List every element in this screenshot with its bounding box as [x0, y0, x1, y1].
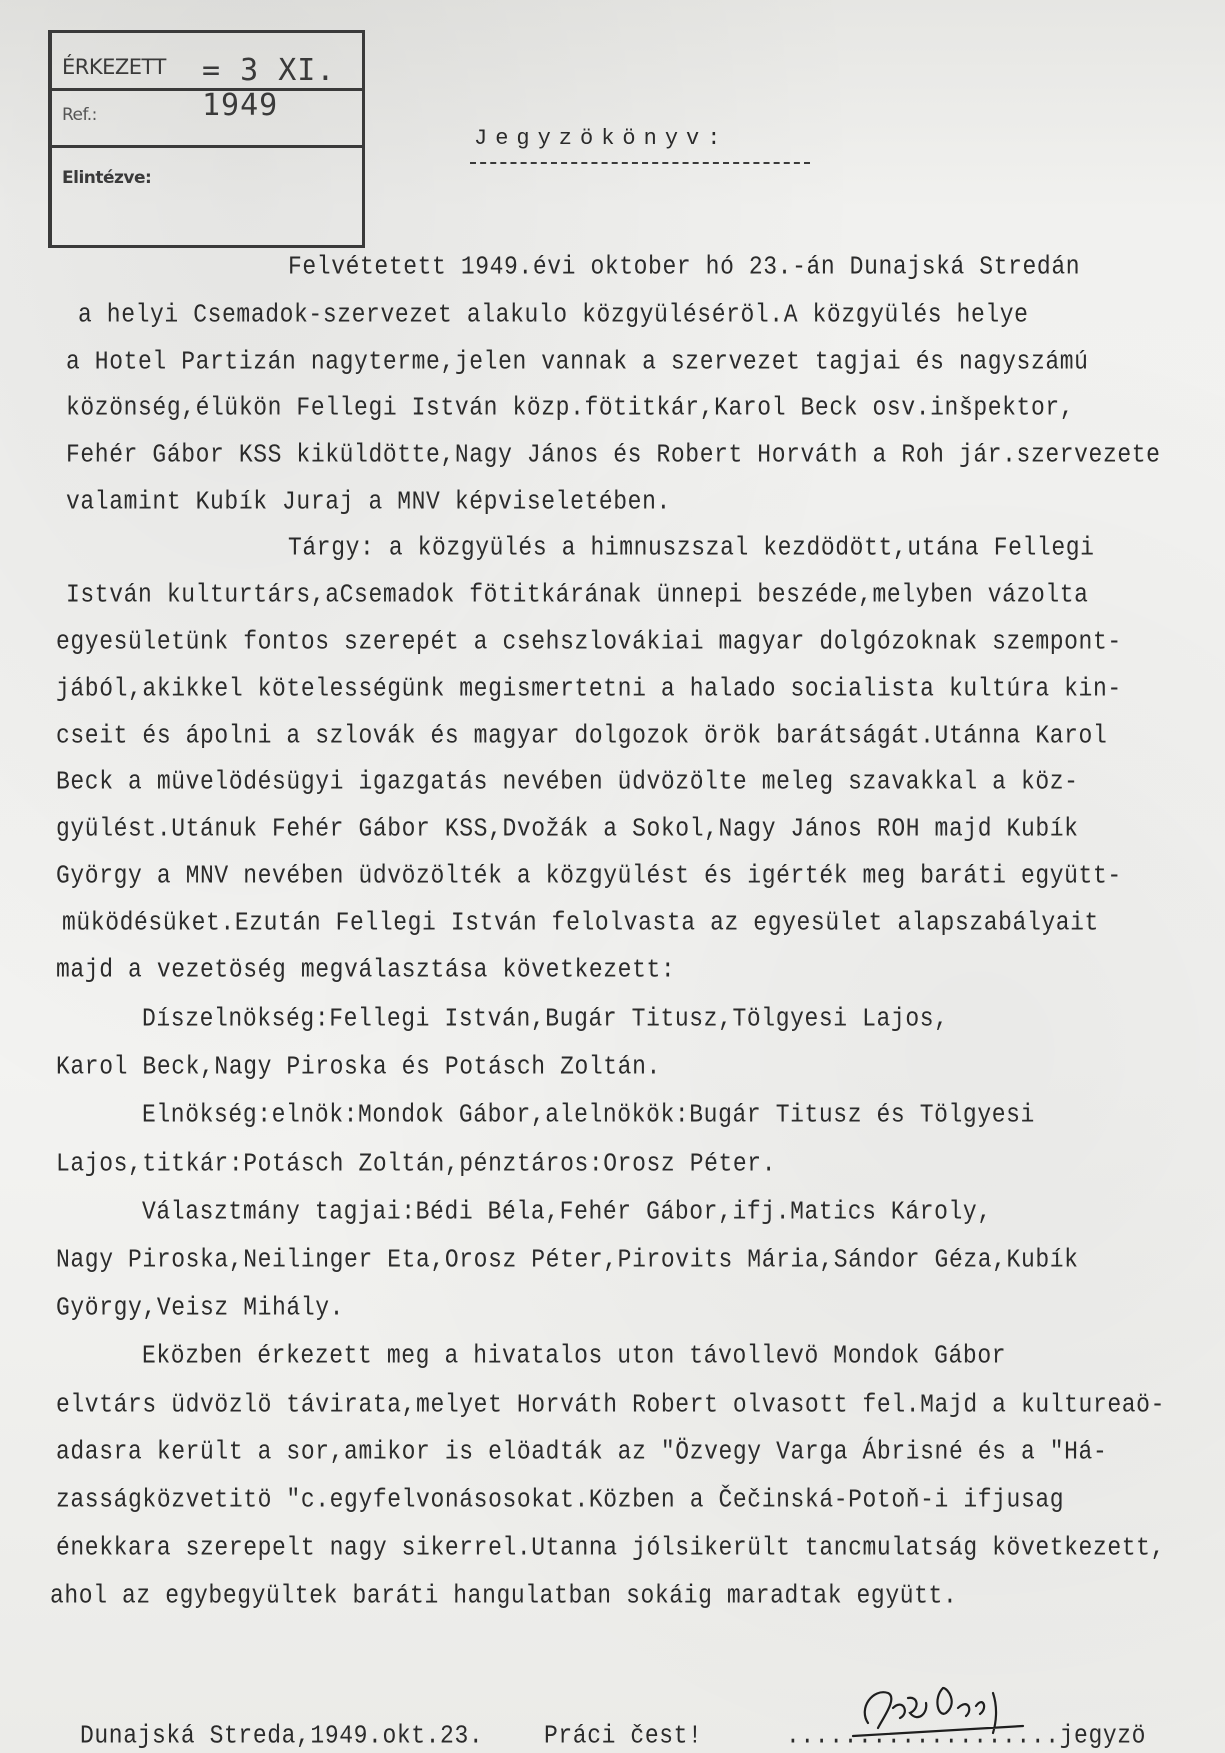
- text-line: Tárgy: a közgyülés a himnuszszal kezdödö…: [288, 533, 1095, 562]
- document-title: Jegyzökönyv:: [474, 126, 728, 151]
- text-line: cseit és ápolni a szlovák és magyar dolg…: [56, 721, 1107, 750]
- text-line: György a MNV nevében üdvözölték a közgyü…: [56, 861, 1122, 890]
- text-line: István kulturtárs,aCsemadok fötitkárának…: [66, 580, 1089, 609]
- text-line: egyesületünk fontos szerepét a csehszlov…: [56, 627, 1122, 656]
- text-line: Választmány tagjai:Bédi Béla,Fehér Gábor…: [142, 1197, 992, 1226]
- stamp-handled-label: Elintézve:: [62, 168, 151, 188]
- text-line: majd a vezetöség megválasztása következe…: [56, 955, 675, 984]
- closing-salutation: Práci čest!: [544, 1721, 702, 1750]
- text-line: valamint Kubík Juraj a MNV képviseletébe…: [66, 487, 671, 516]
- text-line: a helyi Csemadok-szervezet alakulo közgy…: [78, 300, 1029, 329]
- text-line: Felvétetett 1949.évi oktober hó 23.-án D…: [288, 252, 1080, 281]
- text-line: közönség,élükön Fellegi István közp.föti…: [66, 393, 1074, 422]
- text-line: gyülést.Utánuk Fehér Gábor KSS,Dvožák a …: [56, 814, 1079, 843]
- title-underline: [470, 162, 810, 164]
- stamp-received-row: ÉRKEZETT = 3 XI. 1949: [52, 33, 362, 91]
- text-line: adasra került a sor,amikor is elöadták a…: [56, 1437, 1107, 1466]
- stamp-ref-label: Ref.:: [62, 105, 97, 125]
- text-line: énekkara szerepelt nagy sikerrel.Utanna …: [56, 1533, 1165, 1562]
- text-line: György,Veisz Mihály.: [56, 1293, 344, 1322]
- text-line: ahol az egybegyültek baráti hangulatban …: [50, 1581, 957, 1610]
- text-line: Nagy Piroska,Neilinger Eta,Orosz Péter,P…: [56, 1245, 1079, 1274]
- text-line: Eközben érkezett meg a hivatalos uton tá…: [142, 1341, 1006, 1370]
- stamp-ref-row: Ref.:: [52, 91, 362, 148]
- text-line: Beck a müvelödésügyi igazgatás nevében ü…: [56, 767, 1079, 796]
- stamp-received-label: ÉRKEZETT: [62, 55, 166, 79]
- text-line: elvtárs üdvözlö távirata,melyet Horváth …: [56, 1390, 1165, 1419]
- text-line: Lajos,titkár:Potásch Zoltán,pénztáros:Or…: [56, 1149, 776, 1178]
- text-line: Díszelnökség:Fellegi István,Bugár Titusz…: [142, 1004, 949, 1033]
- text-line: Karol Beck,Nagy Piroska és Potásch Zoltá…: [56, 1052, 661, 1081]
- signature-icon: [848, 1668, 1038, 1738]
- closing-place-date: Dunajská Streda,1949.okt.23.: [80, 1721, 483, 1750]
- text-line: Fehér Gábor KSS kiküldötte,Nagy János és…: [66, 440, 1161, 469]
- text-line: Elnökség:elnök:Mondok Gábor,alelnökök:Bu…: [142, 1100, 1035, 1129]
- text-line: jából,akikkel kötelességünk megismertetn…: [56, 674, 1122, 703]
- text-line: a Hotel Partizán nagyterme,jelen vannak …: [66, 347, 1089, 376]
- text-line: müködésüket.Ezután Fellegi István felolv…: [62, 908, 1099, 937]
- text-line: zasságközvetitö "c.egyfelvonásosokat.Köz…: [56, 1485, 1064, 1514]
- received-stamp: ÉRKEZETT = 3 XI. 1949 Ref.: Elintézve:: [48, 30, 365, 248]
